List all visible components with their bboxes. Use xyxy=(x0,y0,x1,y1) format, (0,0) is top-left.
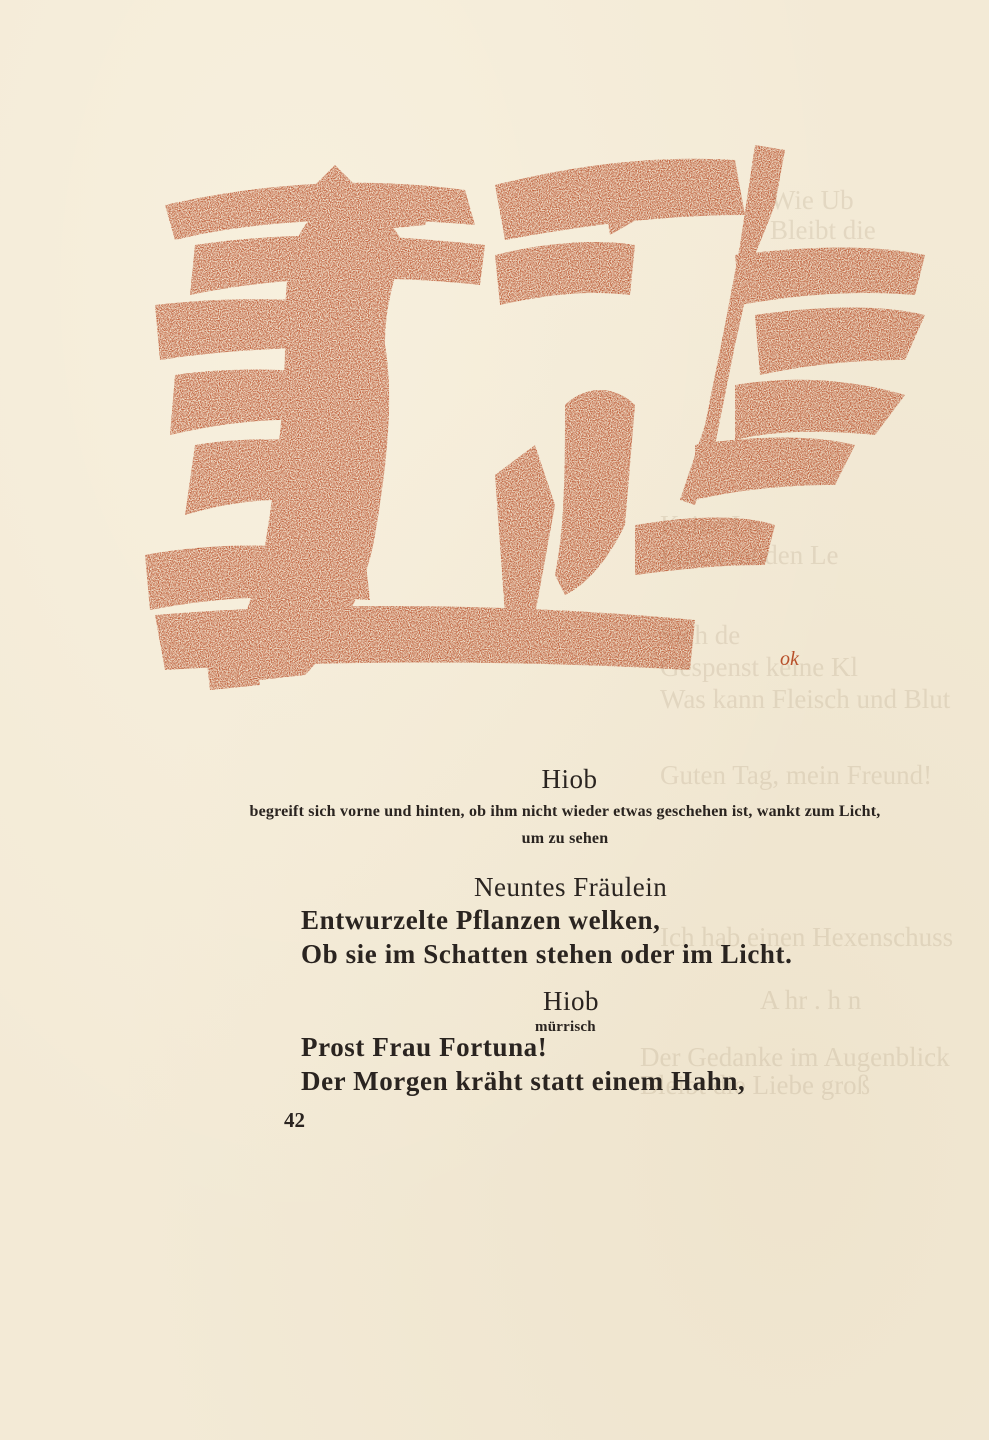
lithograph-illustration: ok xyxy=(135,145,935,725)
verse-line: Ob sie im Schatten stehen oder im Licht. xyxy=(301,939,793,970)
illustration-artwork: ok xyxy=(135,145,935,725)
verse-line: Prost Frau Fortuna! xyxy=(301,1032,547,1063)
speaker-name: Hiob xyxy=(0,764,989,795)
book-page: Wie Ub Bleibt die Keine Lo Einen müden L… xyxy=(0,0,989,1440)
speaker-name: Hiob xyxy=(543,986,599,1017)
stage-direction: um zu sehen xyxy=(240,830,890,848)
page-number: 42 xyxy=(284,1108,305,1133)
stage-direction: begreift sich vorne und hinten, ob ihm n… xyxy=(240,803,890,821)
artist-signature: ok xyxy=(780,648,800,670)
verse-line: Entwurzelte Pflanzen welken, xyxy=(301,905,661,936)
speaker-name: Neuntes Fräulein xyxy=(474,872,667,903)
show-through-text: A hr . h n xyxy=(760,985,861,1016)
verse-line: Der Morgen kräht statt einem Hahn, xyxy=(301,1066,745,1097)
